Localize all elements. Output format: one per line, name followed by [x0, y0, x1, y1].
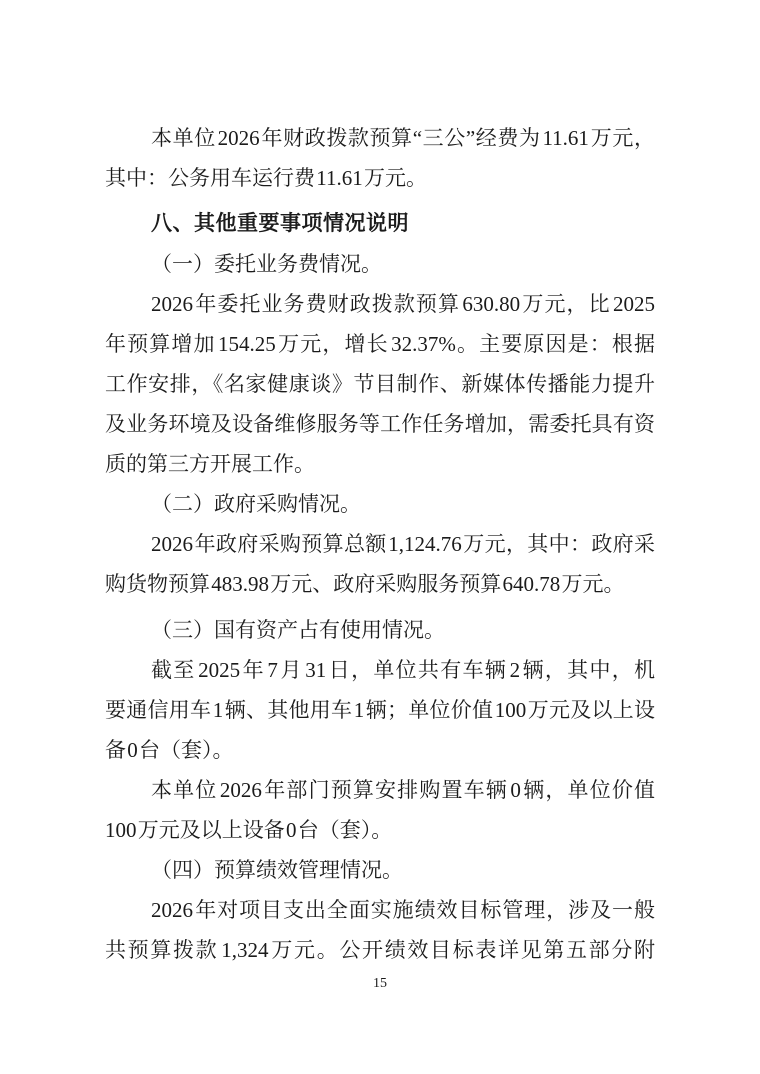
- subheading-text: （二）政府采购情况。: [105, 484, 655, 524]
- subheading-text: （四）预算绩效管理情况。: [105, 850, 655, 890]
- subheading-state-assets: （三）国有资产占有使用情况。: [105, 610, 655, 650]
- text-line: 2026 年对项目支出全面实施绩效目标管理，涉及一般公: [105, 890, 655, 930]
- subheading-budget-performance: （四）预算绩效管理情况。: [105, 850, 655, 890]
- text-line: 备 0 台（套）。: [105, 730, 655, 770]
- text-line: 及业务环境及设备维修服务等工作任务增加，需委托具有资: [105, 404, 655, 444]
- document-body: 本单位 2026 年财政拨款预算“三公”经费为 11.61 万元， 其中：公务用…: [105, 118, 655, 970]
- text-line: 要通信用车 1 辆、其他用车 1 辆；单位价值 100 万元及以上设: [105, 690, 655, 730]
- text-line: 100 万元及以上设备 0 台（套）。: [105, 810, 655, 850]
- text-line: 2026 年政府采购预算总额 1,124.76 万元，其中：政府采: [105, 524, 655, 564]
- document-page: 本单位 2026 年财政拨款预算“三公”经费为 11.61 万元， 其中：公务用…: [0, 0, 760, 1074]
- paragraph-vehicle-purchase: 本单位 2026 年部门预算安排购置车辆 0 辆，单位价值 100 万元及以上设…: [105, 770, 655, 850]
- text-line: 工作安排，《名家健康谈》节目制作、新媒体传播能力提升: [105, 364, 655, 404]
- paragraph-government-procurement: 2026 年政府采购预算总额 1,124.76 万元，其中：政府采 购货物预算 …: [105, 524, 655, 604]
- heading-text: 八、其他重要事项情况说明: [105, 204, 655, 244]
- text-line: 购货物预算 483.98 万元、政府采购服务预算 640.78 万元。: [105, 564, 655, 604]
- text-line: 截至 2025 年 7 月 31 日，单位共有车辆 2 辆，其中，机: [105, 650, 655, 690]
- paragraph-vehicles-equipment: 截至 2025 年 7 月 31 日，单位共有车辆 2 辆，其中，机 要通信用车…: [105, 650, 655, 770]
- text-line: 其中：公务用车运行费 11.61 万元。: [105, 158, 655, 198]
- page-number: 15: [0, 974, 760, 994]
- section-heading-other-matters: 八、其他重要事项情况说明: [105, 204, 655, 244]
- subheading-text: （三）国有资产占有使用情况。: [105, 610, 655, 650]
- paragraph-sangong: 本单位 2026 年财政拨款预算“三公”经费为 11.61 万元， 其中：公务用…: [105, 118, 655, 198]
- text-line: 年预算增加 154.25 万元，增长 32.37%。主要原因是：根据: [105, 324, 655, 364]
- text-line: 本单位 2026 年部门预算安排购置车辆 0 辆，单位价值: [105, 770, 655, 810]
- subheading-government-procurement: （二）政府采购情况。: [105, 484, 655, 524]
- text-line: 质的第三方开展工作。: [105, 444, 655, 484]
- paragraph-entrusted-business: 2026 年委托业务费财政拨款预算 630.80 万元，比 2025 年预算增加…: [105, 284, 655, 484]
- paragraph-budget-performance: 2026 年对项目支出全面实施绩效目标管理，涉及一般公 共预算拨款 1,324 …: [105, 890, 655, 970]
- text-line: 本单位 2026 年财政拨款预算“三公”经费为 11.61 万元，: [105, 118, 655, 158]
- subheading-text: （一）委托业务费情况。: [105, 244, 655, 284]
- subheading-entrusted-business: （一）委托业务费情况。: [105, 244, 655, 284]
- text-line: 2026 年委托业务费财政拨款预算 630.80 万元，比 2025: [105, 284, 655, 324]
- text-line: 共预算拨款 1,324 万元。公开绩效目标表详见第五部分附件。: [105, 930, 655, 970]
